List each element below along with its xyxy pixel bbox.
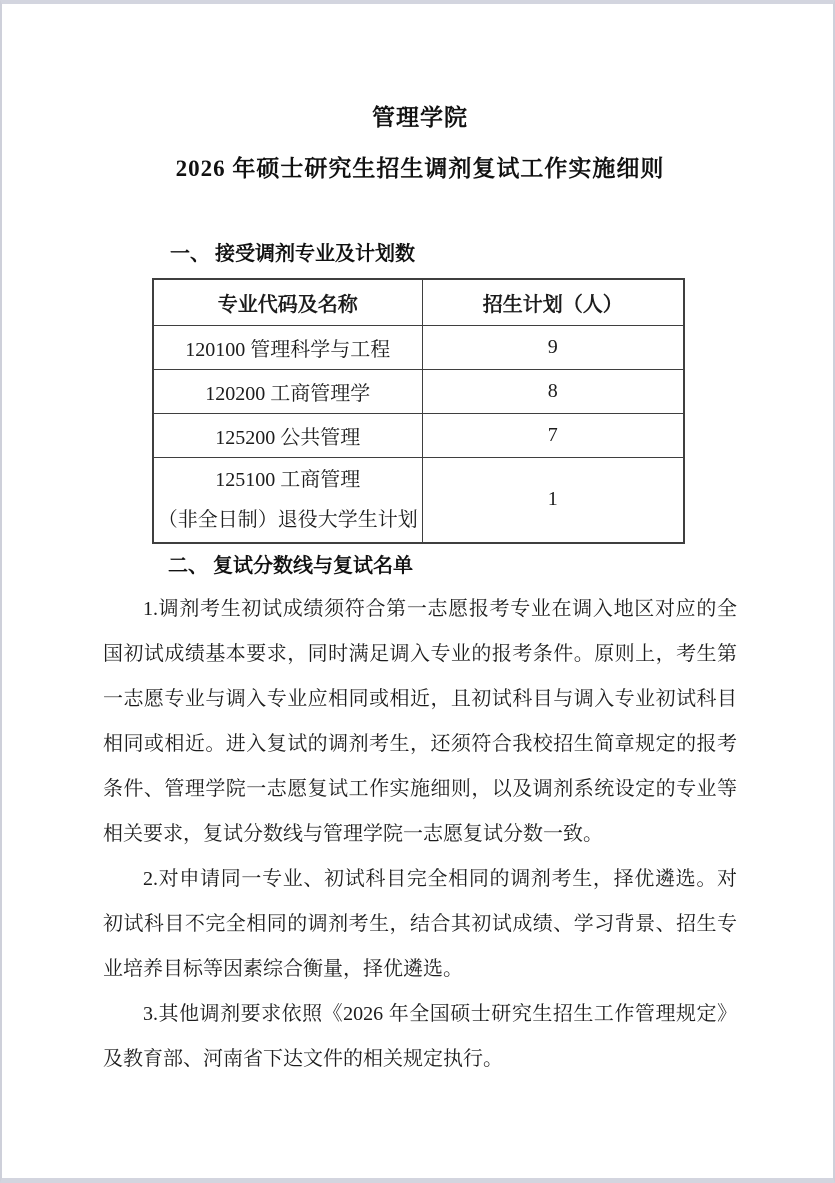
document-page: 管理学院 2026 年硕士研究生招生调剂复试工作实施细则 一、 接受调剂专业及计… bbox=[0, 0, 835, 1183]
table-row: 120100 管理科学与工程 9 bbox=[153, 325, 684, 369]
major-name-line1: 125100 工商管理 bbox=[154, 460, 422, 500]
header-enrollment-plan: 招生计划（人） bbox=[422, 279, 684, 325]
plan-count-cell: 1 bbox=[422, 457, 684, 543]
paragraph-3: 3.其他调剂要求依照《2026 年全国硕士研究生招生工作管理规定》及教育部、河南… bbox=[103, 992, 737, 1082]
document-title-line1: 管理学院 bbox=[103, 101, 737, 135]
major-name-line2: （非全日制）退役大学生计划 bbox=[154, 500, 422, 540]
section-1-heading: 一、 接受调剂专业及计划数 bbox=[103, 239, 737, 269]
plan-count-cell: 7 bbox=[422, 413, 684, 457]
major-name-cell: 120100 管理科学与工程 bbox=[153, 325, 422, 369]
major-name-cell: 120200 工商管理学 bbox=[153, 369, 422, 413]
header-major-code-name: 专业代码及名称 bbox=[153, 279, 422, 325]
page-content: 管理学院 2026 年硕士研究生招生调剂复试工作实施细则 一、 接受调剂专业及计… bbox=[2, 4, 833, 1082]
paragraph-1: 1.调剂考生初试成绩须符合第一志愿报考专业在调入地区对应的全国初试成绩基本要求，… bbox=[103, 587, 737, 857]
section-2-body: 1.调剂考生初试成绩须符合第一志愿报考专业在调入地区对应的全国初试成绩基本要求，… bbox=[103, 587, 737, 1082]
major-name-cell: 125100 工商管理 （非全日制）退役大学生计划 bbox=[153, 457, 422, 543]
plan-count-cell: 8 bbox=[422, 369, 684, 413]
table-row: 120200 工商管理学 8 bbox=[153, 369, 684, 413]
plan-count-cell: 9 bbox=[422, 325, 684, 369]
paragraph-2: 2.对申请同一专业、初试科目完全相同的调剂考生，择优遴选。对初试科目不完全相同的… bbox=[103, 857, 737, 992]
section-2-heading: 二、 复试分数线与复试名单 bbox=[103, 551, 737, 581]
table-header-row: 专业代码及名称 招生计划（人） bbox=[153, 279, 684, 325]
transfer-plan-table: 专业代码及名称 招生计划（人） 120100 管理科学与工程 9 120200 … bbox=[152, 278, 685, 544]
table-row: 125200 公共管理 7 bbox=[153, 413, 684, 457]
table-row: 125100 工商管理 （非全日制）退役大学生计划 1 bbox=[153, 457, 684, 543]
major-name-cell: 125200 公共管理 bbox=[153, 413, 422, 457]
document-title-line2: 2026 年硕士研究生招生调剂复试工作实施细则 bbox=[103, 152, 737, 186]
